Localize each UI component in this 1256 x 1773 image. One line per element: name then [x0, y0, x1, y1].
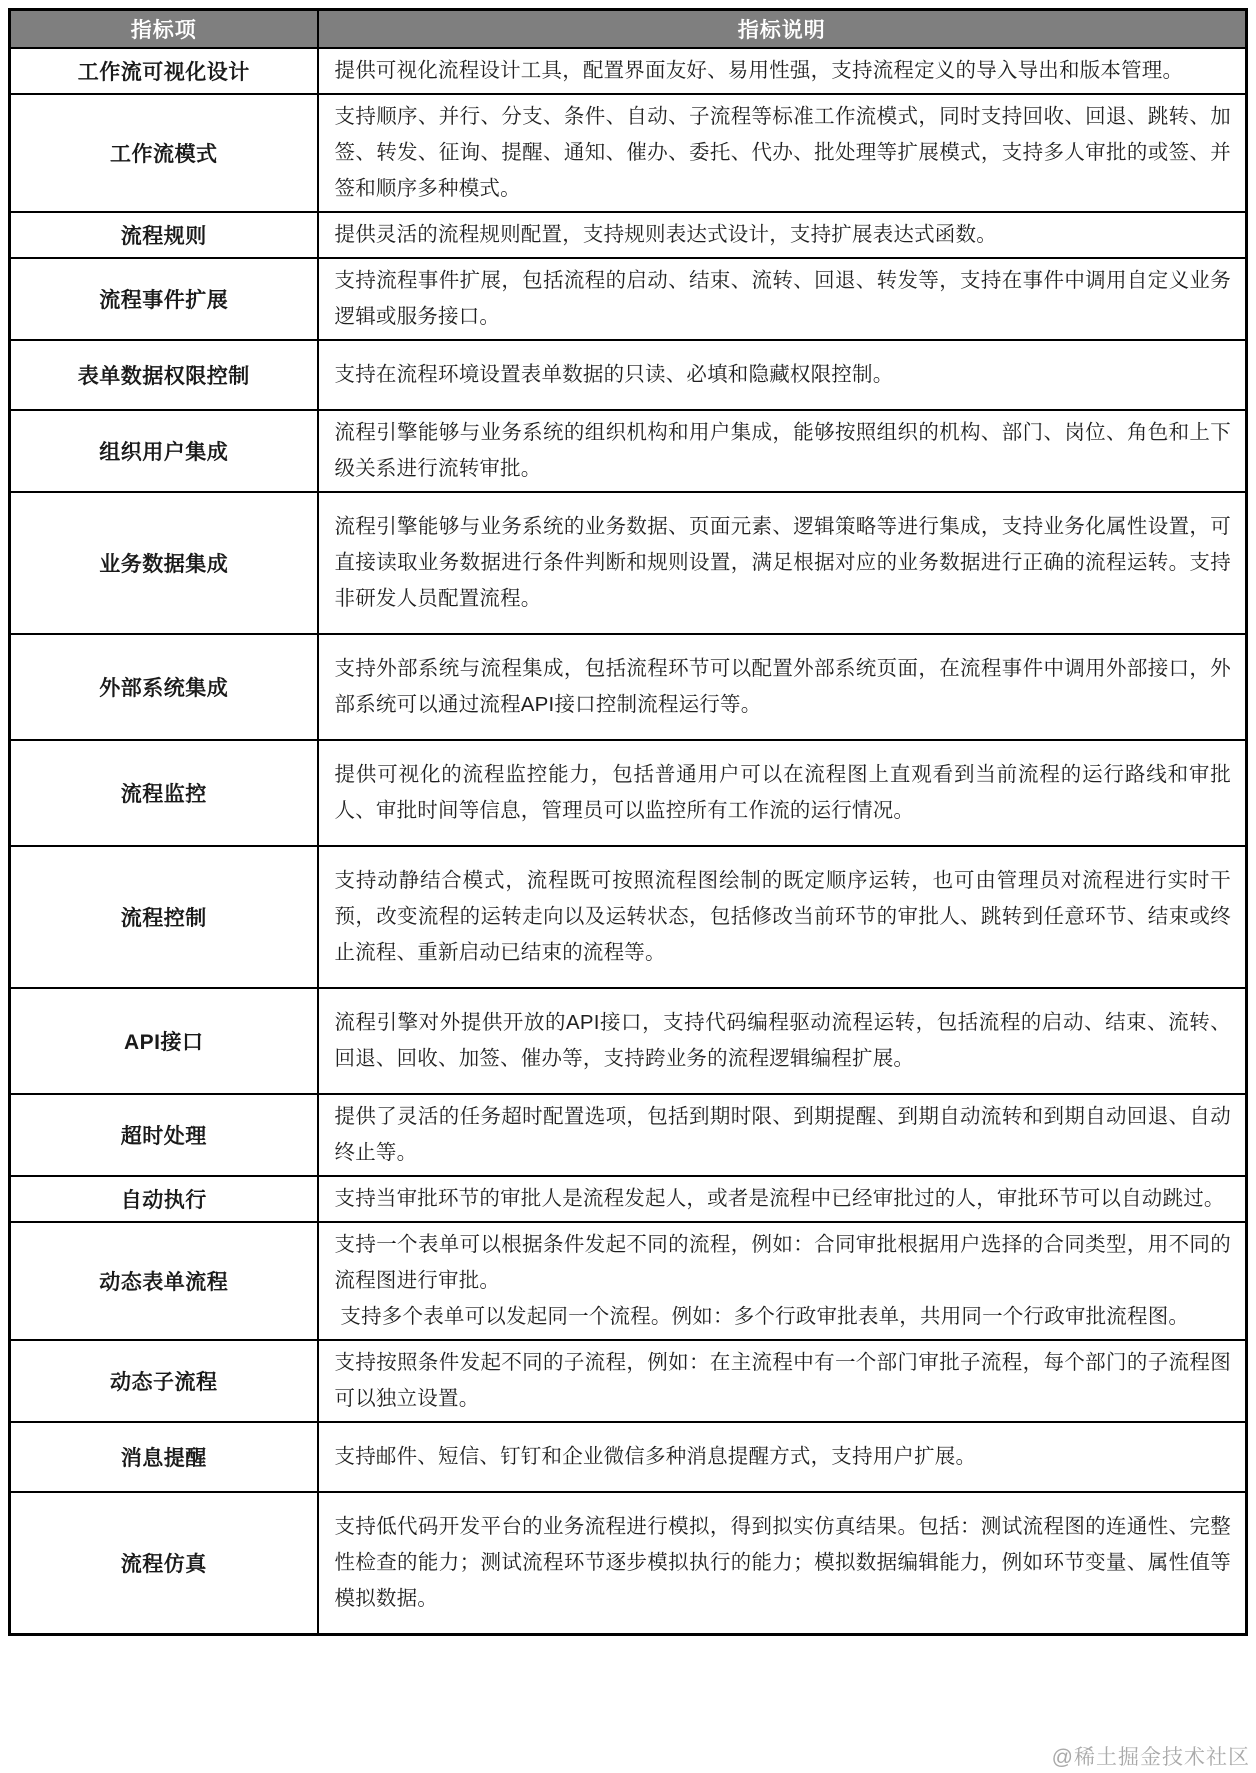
indicator-desc-cell: 提供可视化流程设计工具，配置界面友好、易用性强，支持流程定义的导入导出和版本管理… [318, 48, 1247, 94]
table-row: 流程规则 提供灵活的流程规则配置，支持规则表达式设计，支持扩展表达式函数。 [10, 212, 1247, 258]
indicator-item-cell: 表单数据权限控制 [10, 340, 318, 410]
indicator-item-cell: API接口 [10, 988, 318, 1094]
column-header-indicator-item: 指标项 [10, 10, 318, 48]
table-row: 流程控制 支持动静结合模式，流程既可按照流程图绘制的既定顺序运转，也可由管理员对… [10, 846, 1247, 988]
indicator-desc-cell: 支持当审批环节的审批人是流程发起人，或者是流程中已经审批过的人，审批环节可以自动… [318, 1176, 1247, 1222]
indicator-desc-cell: 提供了灵活的任务超时配置选项，包括到期时限、到期提醒、到期自动流转和到期自动回退… [318, 1094, 1247, 1176]
column-header-indicator-desc: 指标说明 [318, 10, 1247, 48]
indicator-item-cell: 动态子流程 [10, 1340, 318, 1422]
table-row: 业务数据集成 流程引擎能够与业务系统的业务数据、页面元素、逻辑策略等进行集成，支… [10, 492, 1247, 634]
table-row: 流程监控 提供可视化的流程监控能力，包括普通用户可以在流程图上直观看到当前流程的… [10, 740, 1247, 846]
indicator-item-cell: 组织用户集成 [10, 410, 318, 492]
indicator-item-cell: 流程控制 [10, 846, 318, 988]
table-row: 流程仿真 支持低代码开发平台的业务流程进行模拟，得到拟实仿真结果。包括：测试流程… [10, 1492, 1247, 1635]
indicator-item-cell: 超时处理 [10, 1094, 318, 1176]
table-row: API接口 流程引擎对外提供开放的API接口，支持代码编程驱动流程运转，包括流程… [10, 988, 1247, 1094]
table-row: 超时处理 提供了灵活的任务超时配置选项，包括到期时限、到期提醒、到期自动流转和到… [10, 1094, 1247, 1176]
table-row: 表单数据权限控制 支持在流程环境设置表单数据的只读、必填和隐藏权限控制。 [10, 340, 1247, 410]
indicator-desc-cell: 流程引擎能够与业务系统的业务数据、页面元素、逻辑策略等进行集成，支持业务化属性设… [318, 492, 1247, 634]
table-row: 工作流可视化设计 提供可视化流程设计工具，配置界面友好、易用性强，支持流程定义的… [10, 48, 1247, 94]
table-row: 外部系统集成 支持外部系统与流程集成，包括流程环节可以配置外部系统页面，在流程事… [10, 634, 1247, 740]
indicator-item-cell: 业务数据集成 [10, 492, 318, 634]
table-row: 自动执行 支持当审批环节的审批人是流程发起人，或者是流程中已经审批过的人，审批环… [10, 1176, 1247, 1222]
indicator-item-cell: 工作流模式 [10, 94, 318, 212]
indicator-desc-cell: 支持顺序、并行、分支、条件、自动、子流程等标准工作流模式，同时支持回收、回退、跳… [318, 94, 1247, 212]
indicator-item-cell: 流程事件扩展 [10, 258, 318, 340]
indicator-item-cell: 流程仿真 [10, 1492, 318, 1635]
table-row: 流程事件扩展 支持流程事件扩展，包括流程的启动、结束、流转、回退、转发等，支持在… [10, 258, 1247, 340]
table-body: 工作流可视化设计 提供可视化流程设计工具，配置界面友好、易用性强，支持流程定义的… [10, 48, 1247, 1635]
header-row: 指标项 指标说明 [10, 10, 1247, 48]
table-row: 工作流模式 支持顺序、并行、分支、条件、自动、子流程等标准工作流模式，同时支持回… [10, 94, 1247, 212]
indicator-desc-cell: 提供可视化的流程监控能力，包括普通用户可以在流程图上直观看到当前流程的运行路线和… [318, 740, 1247, 846]
indicator-table: 指标项 指标说明 工作流可视化设计 提供可视化流程设计工具，配置界面友好、易用性… [8, 8, 1248, 1636]
indicator-desc-cell: 支持在流程环境设置表单数据的只读、必填和隐藏权限控制。 [318, 340, 1247, 410]
indicator-item-cell: 外部系统集成 [10, 634, 318, 740]
indicator-desc-cell: 支持流程事件扩展，包括流程的启动、结束、流转、回退、转发等，支持在事件中调用自定… [318, 258, 1247, 340]
table-row: 消息提醒 支持邮件、短信、钉钉和企业微信多种消息提醒方式，支持用户扩展。 [10, 1422, 1247, 1492]
table-row: 动态表单流程 支持一个表单可以根据条件发起不同的流程，例如：合同审批根据用户选择… [10, 1222, 1247, 1340]
indicator-desc-cell: 流程引擎对外提供开放的API接口，支持代码编程驱动流程运转，包括流程的启动、结束… [318, 988, 1247, 1094]
indicator-desc-cell: 支持动静结合模式，流程既可按照流程图绘制的既定顺序运转，也可由管理员对流程进行实… [318, 846, 1247, 988]
indicator-desc-cell: 提供灵活的流程规则配置，支持规则表达式设计，支持扩展表达式函数。 [318, 212, 1247, 258]
indicator-item-cell: 流程监控 [10, 740, 318, 846]
table-row: 组织用户集成 流程引擎能够与业务系统的组织机构和用户集成，能够按照组织的机构、部… [10, 410, 1247, 492]
indicator-item-cell: 自动执行 [10, 1176, 318, 1222]
indicator-desc-cell: 流程引擎能够与业务系统的组织机构和用户集成，能够按照组织的机构、部门、岗位、角色… [318, 410, 1247, 492]
indicator-item-cell: 工作流可视化设计 [10, 48, 318, 94]
indicator-desc-cell: 支持低代码开发平台的业务流程进行模拟，得到拟实仿真结果。包括：测试流程图的连通性… [318, 1492, 1247, 1635]
indicator-item-cell: 消息提醒 [10, 1422, 318, 1492]
indicator-desc-cell: 支持外部系统与流程集成，包括流程环节可以配置外部系统页面，在流程事件中调用外部接… [318, 634, 1247, 740]
indicator-desc-cell: 支持邮件、短信、钉钉和企业微信多种消息提醒方式，支持用户扩展。 [318, 1422, 1247, 1492]
indicator-desc-cell: 支持按照条件发起不同的子流程，例如：在主流程中有一个部门审批子流程，每个部门的子… [318, 1340, 1247, 1422]
indicator-item-cell: 动态表单流程 [10, 1222, 318, 1340]
indicator-item-cell: 流程规则 [10, 212, 318, 258]
indicator-desc-cell: 支持一个表单可以根据条件发起不同的流程，例如：合同审批根据用户选择的合同类型，用… [318, 1222, 1247, 1340]
document-page: 指标项 指标说明 工作流可视化设计 提供可视化流程设计工具，配置界面友好、易用性… [0, 0, 1256, 1773]
watermark: @稀土掘金技术社区 [1052, 1741, 1250, 1771]
table-header: 指标项 指标说明 [10, 10, 1247, 48]
table-row: 动态子流程 支持按照条件发起不同的子流程，例如：在主流程中有一个部门审批子流程，… [10, 1340, 1247, 1422]
